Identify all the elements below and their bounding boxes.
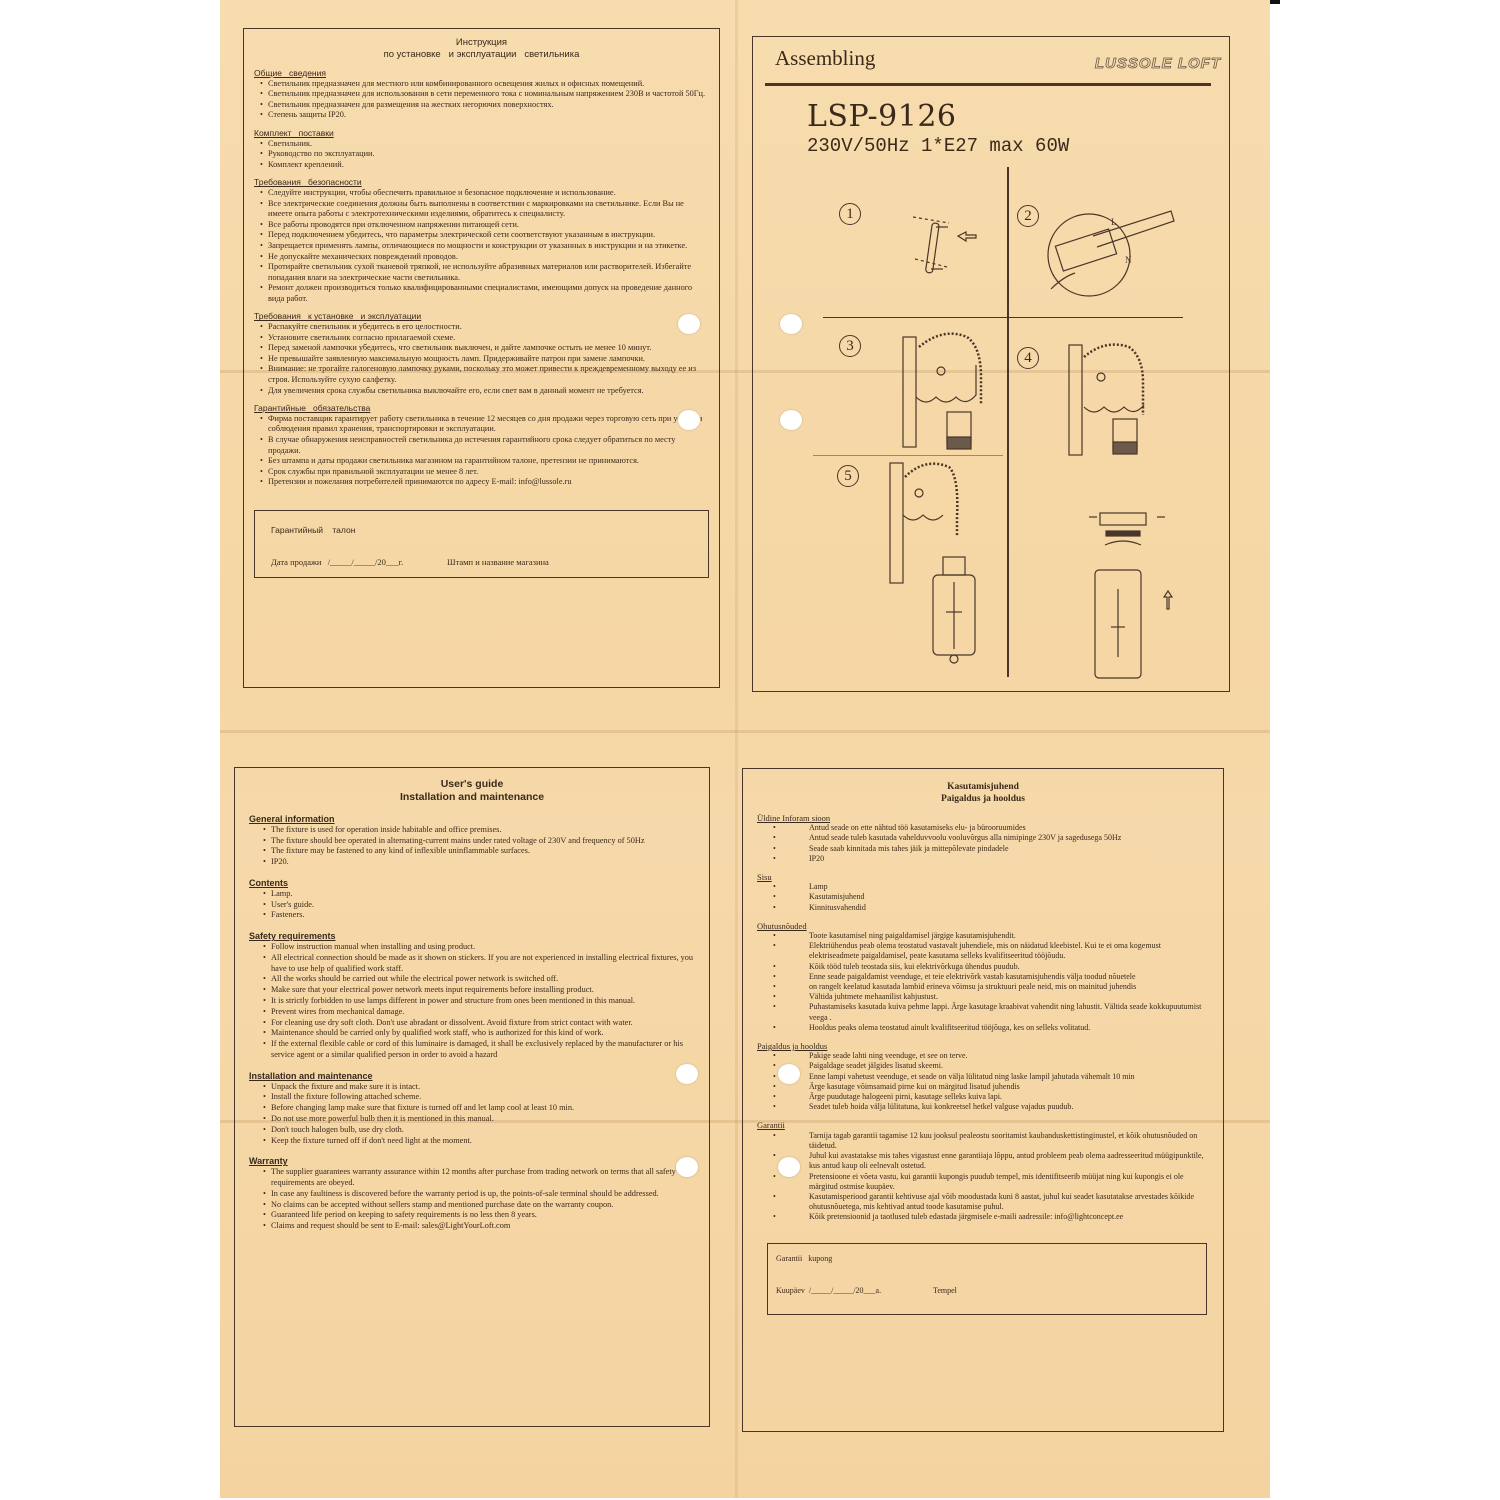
bullet-list: Unpack the fixture and make sure it is i… xyxy=(249,1082,695,1147)
bullet-list: LampKasutamisjuhendKinnitusvahendid xyxy=(757,882,1209,913)
list-item: Kõik tööd tuleb teostada siis, kui elekt… xyxy=(757,962,1209,972)
et-title: Kasutamisjuhend xyxy=(757,781,1209,793)
section-heading: Требования к установке и эксплуатации xyxy=(254,311,709,322)
list-item: It is strictly forbidden to use lamps di… xyxy=(249,996,695,1007)
bullet-list: Antud seade on ette nähtud töö kasutamis… xyxy=(757,823,1209,864)
list-item: If the external flexible cable or cord o… xyxy=(249,1039,695,1061)
section-heading: Safety requirements xyxy=(249,931,695,942)
bullet-list: Светильник.Руководство по эксплуатации.К… xyxy=(254,139,709,171)
section-heading: Ohutusnõuded xyxy=(757,921,1209,931)
svg-text:L: L xyxy=(1111,217,1117,227)
estonian-instructions-panel: Kasutamisjuhend Paigaldus ja hooldus Üld… xyxy=(742,768,1224,1432)
list-item: Светильник предназначен для использовани… xyxy=(254,89,709,100)
list-item: Срок службы при правильной эксплуатации … xyxy=(254,467,709,478)
list-item: Комплект креплений. xyxy=(254,160,709,171)
list-item: Juhul kui avastatakse mis tahes vigastus… xyxy=(757,1151,1209,1171)
list-item: Hooldus peaks olema teostatud ainult kva… xyxy=(757,1023,1209,1033)
list-item: Toote kasutamisel ning paigaldamisel jär… xyxy=(757,931,1209,941)
list-item: Unpack the fixture and make sure it is i… xyxy=(249,1082,695,1093)
list-item: Kõik pretensioonid ja taotlused tuleb ed… xyxy=(757,1212,1209,1222)
list-item: Maintenance should be carried only by qu… xyxy=(249,1028,695,1039)
list-item: Guaranteed life period on keeping to saf… xyxy=(249,1210,695,1221)
list-item: Все работы проводятся при отключенном на… xyxy=(254,220,709,231)
ru-warranty-coupon: Гарантийный талон Дата продажи /_____/__… xyxy=(254,510,709,578)
section-heading: Garantii xyxy=(757,1120,1209,1130)
list-item: Before changing lamp make sure that fixt… xyxy=(249,1103,695,1114)
section-heading: General information xyxy=(249,814,695,825)
fold-line xyxy=(735,0,738,1498)
list-item: Make sure that your electrical power net… xyxy=(249,985,695,996)
punch-hole xyxy=(676,1157,698,1177)
list-item: Antud seade on ette nähtud töö kasutamis… xyxy=(757,823,1209,833)
punch-hole xyxy=(676,1064,698,1084)
bullet-list: Lamp.User's guide.Fasteners. xyxy=(249,889,695,921)
list-item: Ремонт должен производиться только квали… xyxy=(254,283,709,304)
list-item: В случае обнаружения неисправностей свет… xyxy=(254,435,709,456)
list-item: Seade saab kinnitada mis tahes jäik ja m… xyxy=(757,844,1209,854)
et-warranty-coupon: Garantii kupong Kuupäev /_____/_____/20_… xyxy=(767,1243,1207,1315)
list-item: All electrical connection should be made… xyxy=(249,953,695,975)
bullet-list: Распакуйте светильник и убедитесь в его … xyxy=(254,322,709,396)
punch-hole xyxy=(678,314,700,334)
et-sections: Üldine Inforam sioonAntud seade on ette … xyxy=(757,813,1209,1223)
list-item: Fasteners. xyxy=(249,910,695,921)
list-item: The fixture should bee operated in alter… xyxy=(249,836,695,847)
list-item: Antud seade tuleb kasutada vahelduvvoolu… xyxy=(757,833,1209,843)
list-item: Tarnija tagab garantii tagamise 12 kuu j… xyxy=(757,1131,1209,1151)
list-item: Pretensioone ei võeta vastu, kui garanti… xyxy=(757,1172,1209,1192)
section-heading: Общие сведения xyxy=(254,68,709,79)
list-item: For cleaning use dry soft cloth. Don't u… xyxy=(249,1018,695,1029)
section-heading: Комплект поставки xyxy=(254,128,709,139)
section-heading: Warranty xyxy=(249,1156,695,1167)
punch-hole xyxy=(780,314,802,334)
assembled-lamp-icon xyxy=(890,463,975,663)
bullet-list: The supplier guarantees warranty assuran… xyxy=(249,1167,695,1232)
list-item: Kasutamisjuhend xyxy=(757,892,1209,902)
list-item: Внимание: не трогайте галогеновую лампоч… xyxy=(254,364,709,385)
section-heading: Installation and maintenance xyxy=(249,1071,695,1082)
assembly-diagrams: L N xyxy=(753,37,1231,693)
list-item: All the works should be carried out whil… xyxy=(249,974,695,985)
russian-instructions-panel: Инструкция по установке и эксплуатации с… xyxy=(243,28,720,688)
list-item: Kinnitusvahendid xyxy=(757,903,1209,913)
section-heading: Sisu xyxy=(757,872,1209,882)
list-item: Запрещается применять лампы, отличающиес… xyxy=(254,241,709,252)
section-heading: Contents xyxy=(249,878,695,889)
punch-hole xyxy=(678,410,700,430)
sconce-socket-icon xyxy=(1069,345,1144,455)
list-item: User's guide. xyxy=(249,900,695,911)
list-item: No claims can be accepted without seller… xyxy=(249,1200,695,1211)
list-item: In case any faultiness is discovered bef… xyxy=(249,1189,695,1200)
et-coupon-title: Garantii kupong xyxy=(776,1254,832,1264)
svg-text:N: N xyxy=(1125,255,1132,265)
list-item: Ärge kasutage võimsamaid pirne kui on mä… xyxy=(757,1082,1209,1092)
section-heading: Paigaldus ja hooldus xyxy=(757,1041,1209,1051)
list-item: IP20. xyxy=(249,857,695,868)
list-item: Paigaldage seadet jälgides lisatud skeem… xyxy=(757,1061,1209,1071)
list-item: Все электрические соединения должны быть… xyxy=(254,199,709,220)
ru-coupon-date: Дата продажи /_____/_____/20___г. xyxy=(271,557,403,568)
fold-line xyxy=(220,730,1270,733)
ru-sections: Общие сведенияСветильник предназначен дл… xyxy=(254,68,709,488)
list-item: Руководство по эксплуатации. xyxy=(254,149,709,160)
et-coupon-stamp: Tempel xyxy=(933,1286,957,1296)
list-item: Протирайте светильник сухой тканевой тря… xyxy=(254,262,709,283)
punch-hole xyxy=(778,1064,800,1084)
list-item: Claims and request should be sent to E-m… xyxy=(249,1221,695,1232)
list-item: Don't touch halogen bulb, use dry cloth. xyxy=(249,1125,695,1136)
list-item: Lamp xyxy=(757,882,1209,892)
wiring-terminal-icon: L N xyxy=(1048,211,1174,296)
list-item: Претензии и пожелания потребителей прини… xyxy=(254,477,709,488)
list-item: Не допускайте механических повреждений п… xyxy=(254,252,709,263)
bullet-list: Светильник предназначен для местного или… xyxy=(254,79,709,121)
list-item: Prevent wires from mechanical damage. xyxy=(249,1007,695,1018)
list-item: The fixture may be fastened to any kind … xyxy=(249,846,695,857)
list-item: Keep the fixture turned off if don't nee… xyxy=(249,1136,695,1147)
en-title: User's guide xyxy=(249,778,695,791)
list-item: Для увеличения срока службы светильника … xyxy=(254,386,709,397)
bullet-list: Follow instruction manual when installin… xyxy=(249,942,695,1061)
bullet-list: Фирма поставщик гарантирует работу свети… xyxy=(254,414,709,488)
list-item: Степень защиты IP20. xyxy=(254,110,709,121)
shade-exploded-icon xyxy=(1089,513,1172,678)
list-item: Kasutamisperiood garantii kehtivuse ajal… xyxy=(757,1192,1209,1212)
ru-subtitle: по установке и эксплуатации светильника xyxy=(254,49,709,61)
list-item: Перед заменой лампочки убедитесь, что св… xyxy=(254,343,709,354)
bullet-list: Toote kasutamisel ning paigaldamisel jär… xyxy=(757,931,1209,1033)
scan-edge-mark xyxy=(1270,0,1280,4)
et-subtitle: Paigaldus ja hooldus xyxy=(757,793,1209,805)
section-heading: Гарантийные обязательства xyxy=(254,403,709,414)
ru-title: Инструкция xyxy=(254,37,709,49)
list-item: Не превышайте заявленную максимальную мо… xyxy=(254,354,709,365)
list-item: Следуйте инструкции, чтобы обеспечить пр… xyxy=(254,188,709,199)
list-item: Светильник. xyxy=(254,139,709,150)
list-item: Puhastamiseks kasutada kuiva pehme lappi… xyxy=(757,1002,1209,1022)
ru-coupon-title: Гарантийный талон xyxy=(271,525,355,536)
list-item: Install the fixture following attached s… xyxy=(249,1092,695,1103)
list-item: Установите светильник согласно прилагаем… xyxy=(254,333,709,344)
assembling-panel: Assembling LUSSOLE LOFT LSP-9126 230V/50… xyxy=(752,36,1230,692)
list-item: Без штампа и даты продажи светильника ма… xyxy=(254,456,709,467)
list-item: Фирма поставщик гарантирует работу свети… xyxy=(254,414,709,435)
list-item: Elektriühendus peab olema teostatud vast… xyxy=(757,941,1209,961)
bullet-list: Pakige seade lahti ning veenduge, et see… xyxy=(757,1051,1209,1112)
list-item: Enne lampi vahetust veenduge, et seade o… xyxy=(757,1072,1209,1082)
en-subtitle: Installation and maintenance xyxy=(249,791,695,804)
list-item: Vältida juhtmete mehaanilist kahjustust. xyxy=(757,992,1209,1002)
bullet-list: Tarnija tagab garantii tagamise 12 kuu j… xyxy=(757,1131,1209,1223)
section-heading: Üldine Inforam sioon xyxy=(757,813,1209,823)
bullet-list: The fixture is used for operation inside… xyxy=(249,825,695,868)
sconce-socket-icon xyxy=(903,334,981,449)
list-item: on rangelt keelatud kasutada lambid erin… xyxy=(757,982,1209,992)
list-item: Seadet tuleb hoida välja lülitatuna, kui… xyxy=(757,1102,1209,1112)
en-sections: General informationThe fixture is used f… xyxy=(249,814,695,1232)
list-item: Pakige seade lahti ning veenduge, et see… xyxy=(757,1051,1209,1061)
punch-hole xyxy=(780,410,802,430)
list-item: The supplier guarantees warranty assuran… xyxy=(249,1167,695,1189)
list-item: IP20 xyxy=(757,854,1209,864)
list-item: Enne seade paigaldamist veenduge, et tei… xyxy=(757,972,1209,982)
list-item: Светильник предназначен для местного или… xyxy=(254,79,709,90)
punch-hole xyxy=(778,1157,800,1177)
list-item: Do not use more powerful bulb then it is… xyxy=(249,1114,695,1125)
list-item: Follow instruction manual when installin… xyxy=(249,942,695,953)
list-item: The fixture is used for operation inside… xyxy=(249,825,695,836)
section-heading: Требования безопасности xyxy=(254,177,709,188)
list-item: Распакуйте светильник и убедитесь в его … xyxy=(254,322,709,333)
bullet-list: Следуйте инструкции, чтобы обеспечить пр… xyxy=(254,188,709,305)
mounting-bracket-icon xyxy=(913,217,976,273)
list-item: Ärge puudutage halogeeni pirni, kasutage… xyxy=(757,1092,1209,1102)
list-item: Lamp. xyxy=(249,889,695,900)
list-item: Светильник предназначен для размещения н… xyxy=(254,100,709,111)
english-users-guide-panel: User's guide Installation and maintenanc… xyxy=(234,767,710,1427)
ru-coupon-stamp: Штамп и название магазина xyxy=(447,557,549,568)
list-item: Перед подключением убедитесь, что параме… xyxy=(254,230,709,241)
et-coupon-date: Kuupäev /_____/_____/20___a. xyxy=(776,1286,881,1296)
